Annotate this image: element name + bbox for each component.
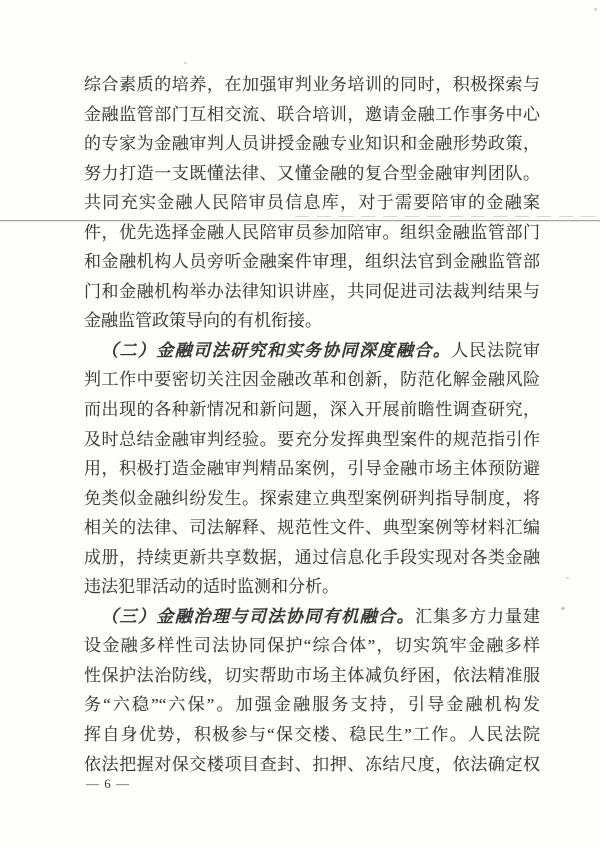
text-line: 成册，持续更新共享数据，通过信息化手段实现对各类金融 bbox=[84, 543, 540, 573]
text-run: 汇集多方力量建 bbox=[415, 607, 540, 626]
text-line: 及时总结金融审判经验。要充分发挥典型案件的规范指引作 bbox=[84, 425, 540, 455]
text-line: 性保护法治防线，切实帮助市场主体减负纾困，依法精准服 bbox=[84, 661, 540, 691]
scan-noise-speck bbox=[184, 62, 187, 64]
text-line: 依法把握对保交楼项目查封、扣押、冻结尺度，依法确定权 bbox=[84, 750, 540, 780]
text-line: 金融监管政策导向的有机衔接。 bbox=[84, 306, 540, 336]
text-line: 综合素质的培养，在加强审判业务培训的同时，积极探索与 bbox=[84, 70, 540, 100]
text-line: 违法犯罪活动的适时监测和分析。 bbox=[84, 572, 540, 602]
scan-noise-speck bbox=[594, 8, 597, 11]
text-line: 的专家为金融审判人员讲授金融专业知识和金融形势政策， bbox=[84, 129, 540, 159]
scan-noise-speck bbox=[566, 577, 569, 579]
text-line: 金融监管部门互相交流、联合培训，邀请金融工作事务中心 bbox=[84, 100, 540, 130]
text-line: 设金融多样性司法协同保护“综合体”，切实筑牢金融多样 bbox=[84, 631, 540, 661]
text-line: 件，优先选择金融人民陪审员参加陪审。组织金融监管部门 bbox=[84, 218, 540, 248]
text-run: 人民法院审 bbox=[451, 341, 540, 360]
text-line: 和金融机构人员旁听金融案件审理，组织法官到金融监管部 bbox=[84, 247, 540, 277]
section-heading-run: （二）金融司法研究和实务协同深度融合。 bbox=[101, 341, 451, 360]
text-line: （二）金融司法研究和实务协同深度融合。人民法院审 bbox=[84, 336, 540, 366]
text-line: 门和金融机构举办法律知识讲座，共同促进司法裁判结果与 bbox=[84, 277, 540, 307]
text-line: 努力打造一支既懂法律、又懂金融的复合型金融审判团队。 bbox=[84, 159, 540, 189]
text-line: 免类似金融纠纷发生。探索建立典型案例研判指导制度，将 bbox=[84, 484, 540, 514]
text-line: 而出现的各种新情况和新问题，深入开展前瞻性调查研究， bbox=[84, 395, 540, 425]
text-line: 用，积极打造金融审判精品案例，引导金融市场主体预防避 bbox=[84, 454, 540, 484]
text-line: 挥自身优势，积极参与“保交楼、稳民生”工作。人民法院 bbox=[84, 720, 540, 750]
page-number: — 6 — bbox=[86, 776, 130, 792]
scanned-document-page: 综合素质的培养，在加强审判业务培训的同时，积极探索与金融监管部门互相交流、联合培… bbox=[0, 0, 600, 847]
section-heading-run: （三）金融治理与司法协同有机融合。 bbox=[101, 607, 415, 626]
text-line: 判工作中要密切关注因金融改革和创新，防范化解金融风险 bbox=[84, 365, 540, 395]
scan-noise-speck bbox=[561, 607, 565, 610]
text-line: 共同充实金融人民陪审员信息库，对于需要陪审的金融案 bbox=[84, 188, 540, 218]
document-text-body: 综合素质的培养，在加强审判业务培训的同时，积极探索与金融监管部门互相交流、联合培… bbox=[84, 70, 540, 779]
text-line: （三）金融治理与司法协同有机融合。汇集多方力量建 bbox=[84, 602, 540, 632]
text-line: 务“六稳”“六保”。加强金融服务支持，引导金融机构发 bbox=[84, 690, 540, 720]
text-line: 相关的法律、司法解释、规范性文件、典型案例等材料汇编 bbox=[84, 513, 540, 543]
